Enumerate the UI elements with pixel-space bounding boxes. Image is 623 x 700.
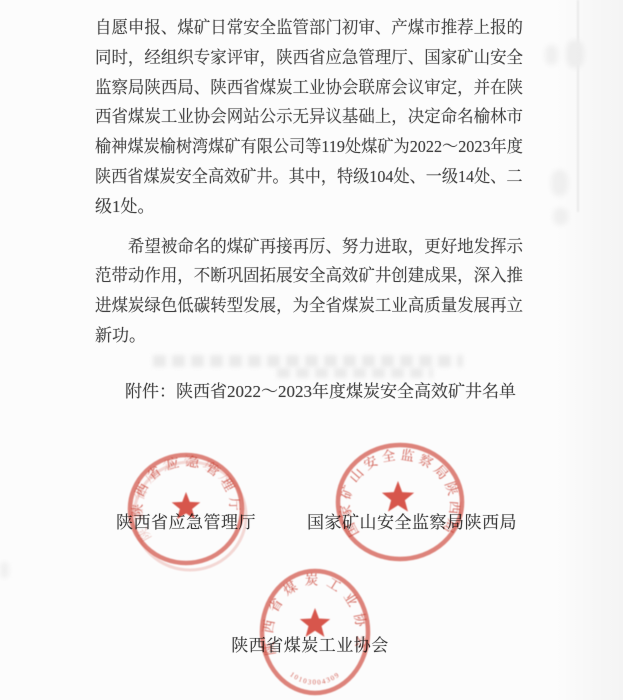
body-text-line: 希望被命名的煤矿再接再厉、努力进取，更好地发挥示 [95,232,509,262]
scan-artifact-smudge-3 [551,170,568,196]
body-paragraph-1: 自愿申报、煤矿日常安全监管部门初审、产煤市推荐上报的同时，经组织专家评审，陕西省… [95,13,523,222]
body-text-line: 西省煤炭工业协会网站公示无异议基础上，决定命名榆林市 [95,102,509,132]
body-text-line: 监察局陕西局、陕西省煤炭工业协会联席会议审定，并在陕 [95,73,509,103]
body-text-line: 新功。 [95,321,523,351]
seal-arc-text-ghost: 陕西省应急管理厅 [116,439,239,544]
body-text-line: 级1处。 [95,192,523,222]
star-icon [172,492,201,519]
seal-serial-number: 6101030043098 [288,626,341,687]
seal-ring [262,571,368,693]
official-seal-emergency-dept: 陕西省应急管理厅 陕西省应急管理厅 [116,439,256,579]
body-text-line: 同时，经组织专家评审，陕西省应急管理厅、国家矿山安全 [95,43,509,73]
body-text-line: 进煤炭绿色低碳转型发展，为全省煤炭工业高质量发展再立 [95,291,509,321]
attachment-line: 附件：陕西省2022～2023年度煤炭安全高效矿井名单 [125,377,516,406]
scan-artifact-edge-line [577,0,579,212]
scan-artifact-smudge-4 [553,208,568,225]
document-body: 自愿申报、煤矿日常安全监管部门初审、产煤市推荐上报的同时，经组织专家评审，陕西省… [95,13,523,351]
star-icon [382,481,414,512]
star-icon [300,608,330,637]
body-text-line: 自愿申报、煤矿日常安全监管部门初审、产煤市推荐上报的 [95,13,509,43]
scanned-document-page: 自愿申报、煤矿日常安全监管部门初审、产煤市推荐上报的同时，经组织专家评审，陕西省… [0,0,623,700]
scan-artifact-ghost-text-1 [153,355,463,367]
body-paragraph-2: 希望被命名的煤矿再接再厉、努力进取，更好地发挥示范带动作用，不断巩固拓展安全高效… [95,232,523,351]
body-text-line: 榆神煤炭榆树湾煤矿有限公司等119处煤矿为2022～2023年度 [95,132,502,162]
official-seal-coal-association: 陕西省煤炭工业协会 6101030043098 [245,562,385,700]
scan-artifact-smudge-2 [566,40,584,68]
body-text-line: 范带动作用，不断巩固拓展安全高效矿井创建成果，深入推 [95,261,509,291]
scan-artifact-smudge-1 [545,45,558,65]
scan-artifact-ghost-text-2 [277,368,433,378]
scan-artifact-smudge-5 [0,562,9,578]
official-seal-mine-safety-bureau: 国家矿山安全监察局陕西局 [330,432,470,572]
body-text-line: 陕西省煤炭安全高效矿井。其中，特级104处、一级14处、二 [95,162,501,192]
